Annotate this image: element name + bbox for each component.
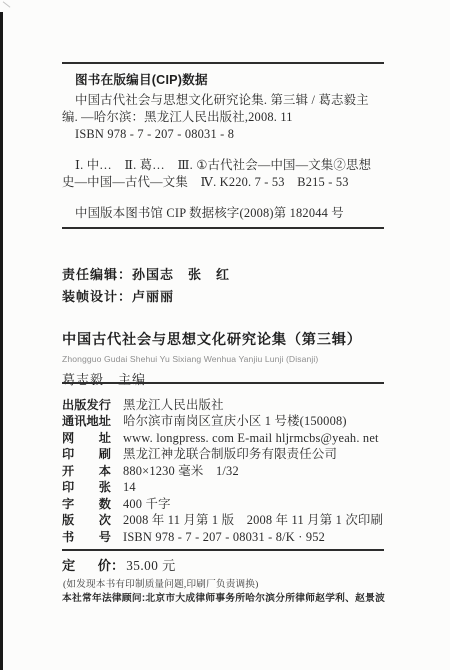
cip-isbn: ISBN 978 - 7 - 207 - 08031 - 8 (75, 126, 392, 143)
divider-line-cip-bottom (62, 227, 384, 229)
cip-classification-line-2: 史—中国—古代—文集 Ⅳ. K220. 7 - 53 B215 - 53 (62, 174, 392, 191)
scan-scratch-artifact (3, 1, 11, 7)
book-title: 中国古代社会与思想文化研究论集（第三辑） (62, 329, 402, 349)
publication-row-format: 开本 880×1230 毫米 1/32 (62, 463, 422, 479)
publication-row-edition: 版次 2008 年 11 月第 1 版 2008 年 11 月第 1 次印刷 (62, 512, 422, 528)
publication-row-label: 开本 (62, 463, 111, 479)
publication-row-value: 880×1230 毫米 1/32 (123, 463, 239, 479)
book-title-block: 中国古代社会与思想文化研究论集（第三辑） Zhongguo Gudai Sheh… (62, 329, 402, 388)
book-title-pinyin: Zhongguo Gudai Shehui Yu Sixiang Wenhua … (62, 354, 402, 364)
price-label: 定价 (62, 557, 111, 574)
scan-edge-artifact (0, 12, 3, 670)
binding-designer-label: 装帧设计： (62, 289, 132, 304)
publication-row-value: 14 (123, 479, 136, 495)
publication-row-label: 出版发行 (62, 397, 111, 413)
divider-line-top (62, 62, 384, 64)
publication-row-value: ISBN 978 - 7 - 207 - 08031 - 8/K · 952 (123, 529, 325, 545)
divider-line-title-bottom (62, 382, 384, 384)
publication-row-printer: 印刷 黑龙江神龙联合制版印务有限责任公司 (62, 446, 422, 462)
cip-title-line-2: 编. —哈尔滨：黑龙江人民出版社,2008. 11 (62, 109, 392, 126)
cip-heading: 图书在版编目(CIP)数据 (75, 72, 392, 89)
legal-advisor-note: 本社常年法律顾问:北京市大成律师事务所哈尔滨分所律师赵学利、赵景波 (62, 590, 385, 604)
book-author: 葛志毅 主编 (62, 369, 402, 388)
responsible-editor-label: 责任编辑： (62, 267, 132, 282)
publication-row-website: 网址 www. longpress. com E-mail hljrmcbs@y… (62, 430, 422, 446)
publication-row-label: 版次 (62, 512, 111, 528)
publication-row-label: 印张 (62, 479, 111, 495)
cip-record-number: 中国版本图书馆 CIP 数据核字(2008)第 182044 号 (75, 205, 392, 222)
publication-row-value: 黑龙江神龙联合制版印务有限责任公司 (123, 446, 337, 462)
publication-row-publisher: 出版发行 黑龙江人民出版社 (62, 397, 422, 413)
publication-row-label: 通讯地址 (62, 413, 111, 429)
publication-row-sheets: 印张 14 (62, 479, 422, 495)
publication-row-wordcount: 字数 400 千字 (62, 496, 422, 512)
publication-row-label: 书号 (62, 529, 111, 545)
publication-row-label: 印刷 (62, 446, 111, 462)
cip-title-line-1: 中国古代社会与思想文化研究论集. 第三辑 / 葛志毅主 (75, 92, 392, 109)
publication-info-table: 出版发行 黑龙江人民出版社 通讯地址 哈尔滨市南岗区宣庆小区 1 号楼(1500… (62, 397, 422, 545)
publication-row-address: 通讯地址 哈尔滨市南岗区宣庆小区 1 号楼(150008) (62, 413, 422, 429)
responsible-editor-names: 孙国志 张 红 (132, 267, 230, 282)
quality-note: (如发现本书有印制质量问题,印刷厂负责调换) (63, 576, 258, 590)
divider-line-table-bottom (62, 549, 384, 551)
price-row: 定价：35.00 元 (62, 557, 176, 574)
cip-classification-line-1: Ⅰ. 中… Ⅱ. 葛… Ⅲ. ①古代社会—中国—文集②思想 (75, 157, 392, 174)
publication-row-value: www. longpress. com E-mail hljrmcbs@yeah… (123, 430, 379, 446)
publication-row-value: 哈尔滨市南岗区宣庆小区 1 号楼(150008) (123, 413, 347, 429)
copyright-page: 图书在版编目(CIP)数据 中国古代社会与思想文化研究论集. 第三辑 / 葛志毅… (0, 0, 450, 670)
publication-row-value: 400 千字 (123, 496, 171, 512)
binding-designer-name: 卢丽丽 (132, 289, 174, 304)
publication-row-value: 黑龙江人民出版社 (123, 397, 224, 413)
binding-designer-row: 装帧设计：卢丽丽 (62, 286, 230, 308)
publication-row-value: 2008 年 11 月第 1 版 2008 年 11 月第 1 次印刷 (123, 512, 383, 528)
credits-section: 责任编辑：孙国志 张 红 装帧设计：卢丽丽 (62, 264, 230, 307)
price-colon: ： (111, 558, 124, 573)
publication-row-label: 字数 (62, 496, 111, 512)
cip-data-box: 图书在版编目(CIP)数据 中国古代社会与思想文化研究论集. 第三辑 / 葛志毅… (62, 72, 392, 222)
publication-row-isbn: 书号 ISBN 978 - 7 - 207 - 08031 - 8/K · 95… (62, 529, 422, 545)
responsible-editor-row: 责任编辑：孙国志 张 红 (62, 264, 230, 286)
publication-row-label: 网址 (62, 430, 111, 446)
price-value: 35.00 元 (126, 558, 176, 573)
